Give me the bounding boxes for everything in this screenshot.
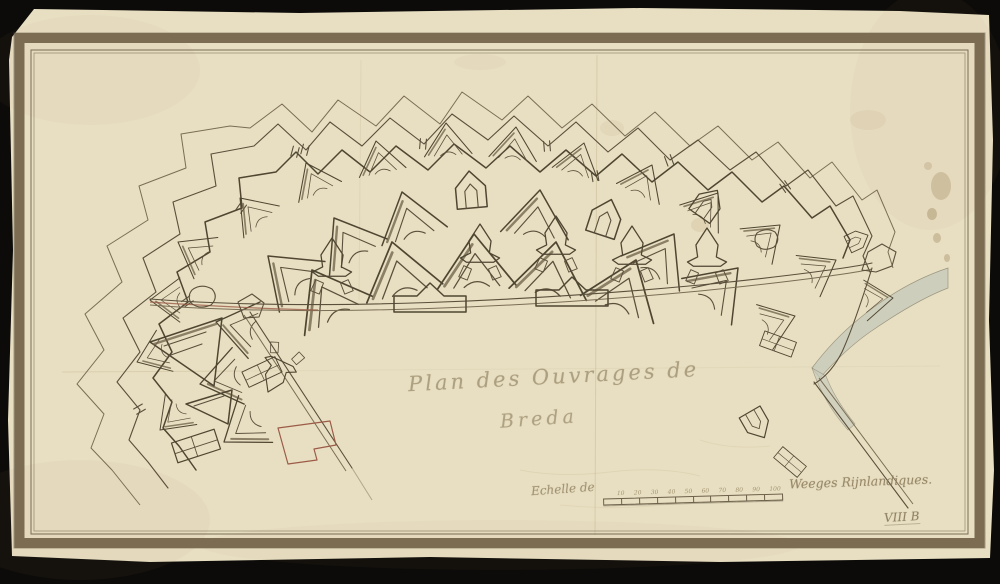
fortification-plan-drawing bbox=[0, 0, 1000, 584]
scanned-map-page: Plan des Ouvrages de Breda Echelle de 10… bbox=[0, 0, 1000, 584]
inventory-notation: VIII B bbox=[884, 509, 920, 526]
